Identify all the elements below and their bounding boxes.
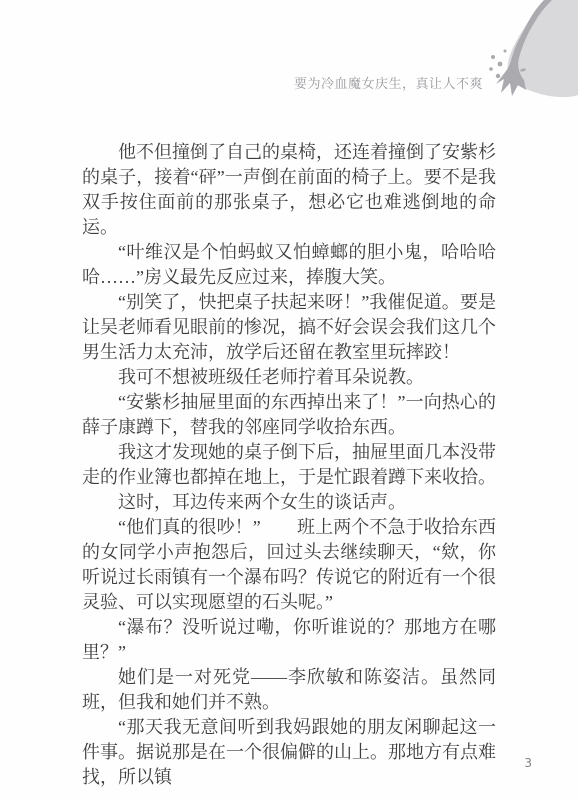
paragraph: “瀑布？没听说过嘞，你听谁说的？那地方在哪里？”: [82, 615, 496, 665]
paragraph: 这时，耳边传来两个女生的谈话声。: [82, 490, 496, 515]
running-head: 要为冷血魔女庆生，真让人不爽: [294, 73, 483, 92]
paragraph: 她们是一对死党——李欣敏和陈姿洁。虽然同班，但我和她们并不熟。: [82, 665, 496, 715]
paragraph: 我可不想被班级任老师拧着耳朵说教。: [82, 365, 496, 390]
paragraph: “别笑了，快把桌子扶起来呀！”我催促道。要是让吴老师看见眼前的惨况，搞不好会误会…: [82, 290, 496, 365]
paragraph: 他不但撞倒了自己的桌椅，还连着撞倒了安紫杉的桌子，接着“砰”一声倒在前面的椅子上…: [82, 140, 496, 240]
book-page: 要为冷血魔女庆生，真让人不爽 他不但撞倒了自己的桌椅，还连着撞倒了安紫杉的桌子，…: [0, 0, 578, 800]
paragraph: “安紫杉抽屉里面的东西掉出来了！”一向热心的薛子康蹲下，替我的邻座同学收拾东西。: [82, 390, 496, 440]
paragraph: 我这才发现她的桌子倒下后，抽屉里面几本没带走的作业簿也都掉在地上，于是忙跟着蹲下…: [82, 440, 496, 490]
paragraph: “那天我无意间听到我妈跟她的朋友闲聊起这一件事。据说那是在一个很偏僻的山上。那地…: [82, 715, 496, 790]
body-text: 他不但撞倒了自己的桌椅，还连着撞倒了安紫杉的桌子，接着“砰”一声倒在前面的椅子上…: [82, 140, 496, 790]
splash-decoration: [486, 0, 578, 112]
page-number: 3: [524, 756, 532, 770]
paragraph: “他们真的很吵！” 班上两个不急于收拾东西的女同学小声抱怨后，回过头去继续聊天，…: [82, 515, 496, 615]
paragraph: “叶维汉是个怕蚂蚁又怕蟑螂的胆小鬼，哈哈哈哈……”房义最先反应过来，捧腹大笑。: [82, 240, 496, 290]
